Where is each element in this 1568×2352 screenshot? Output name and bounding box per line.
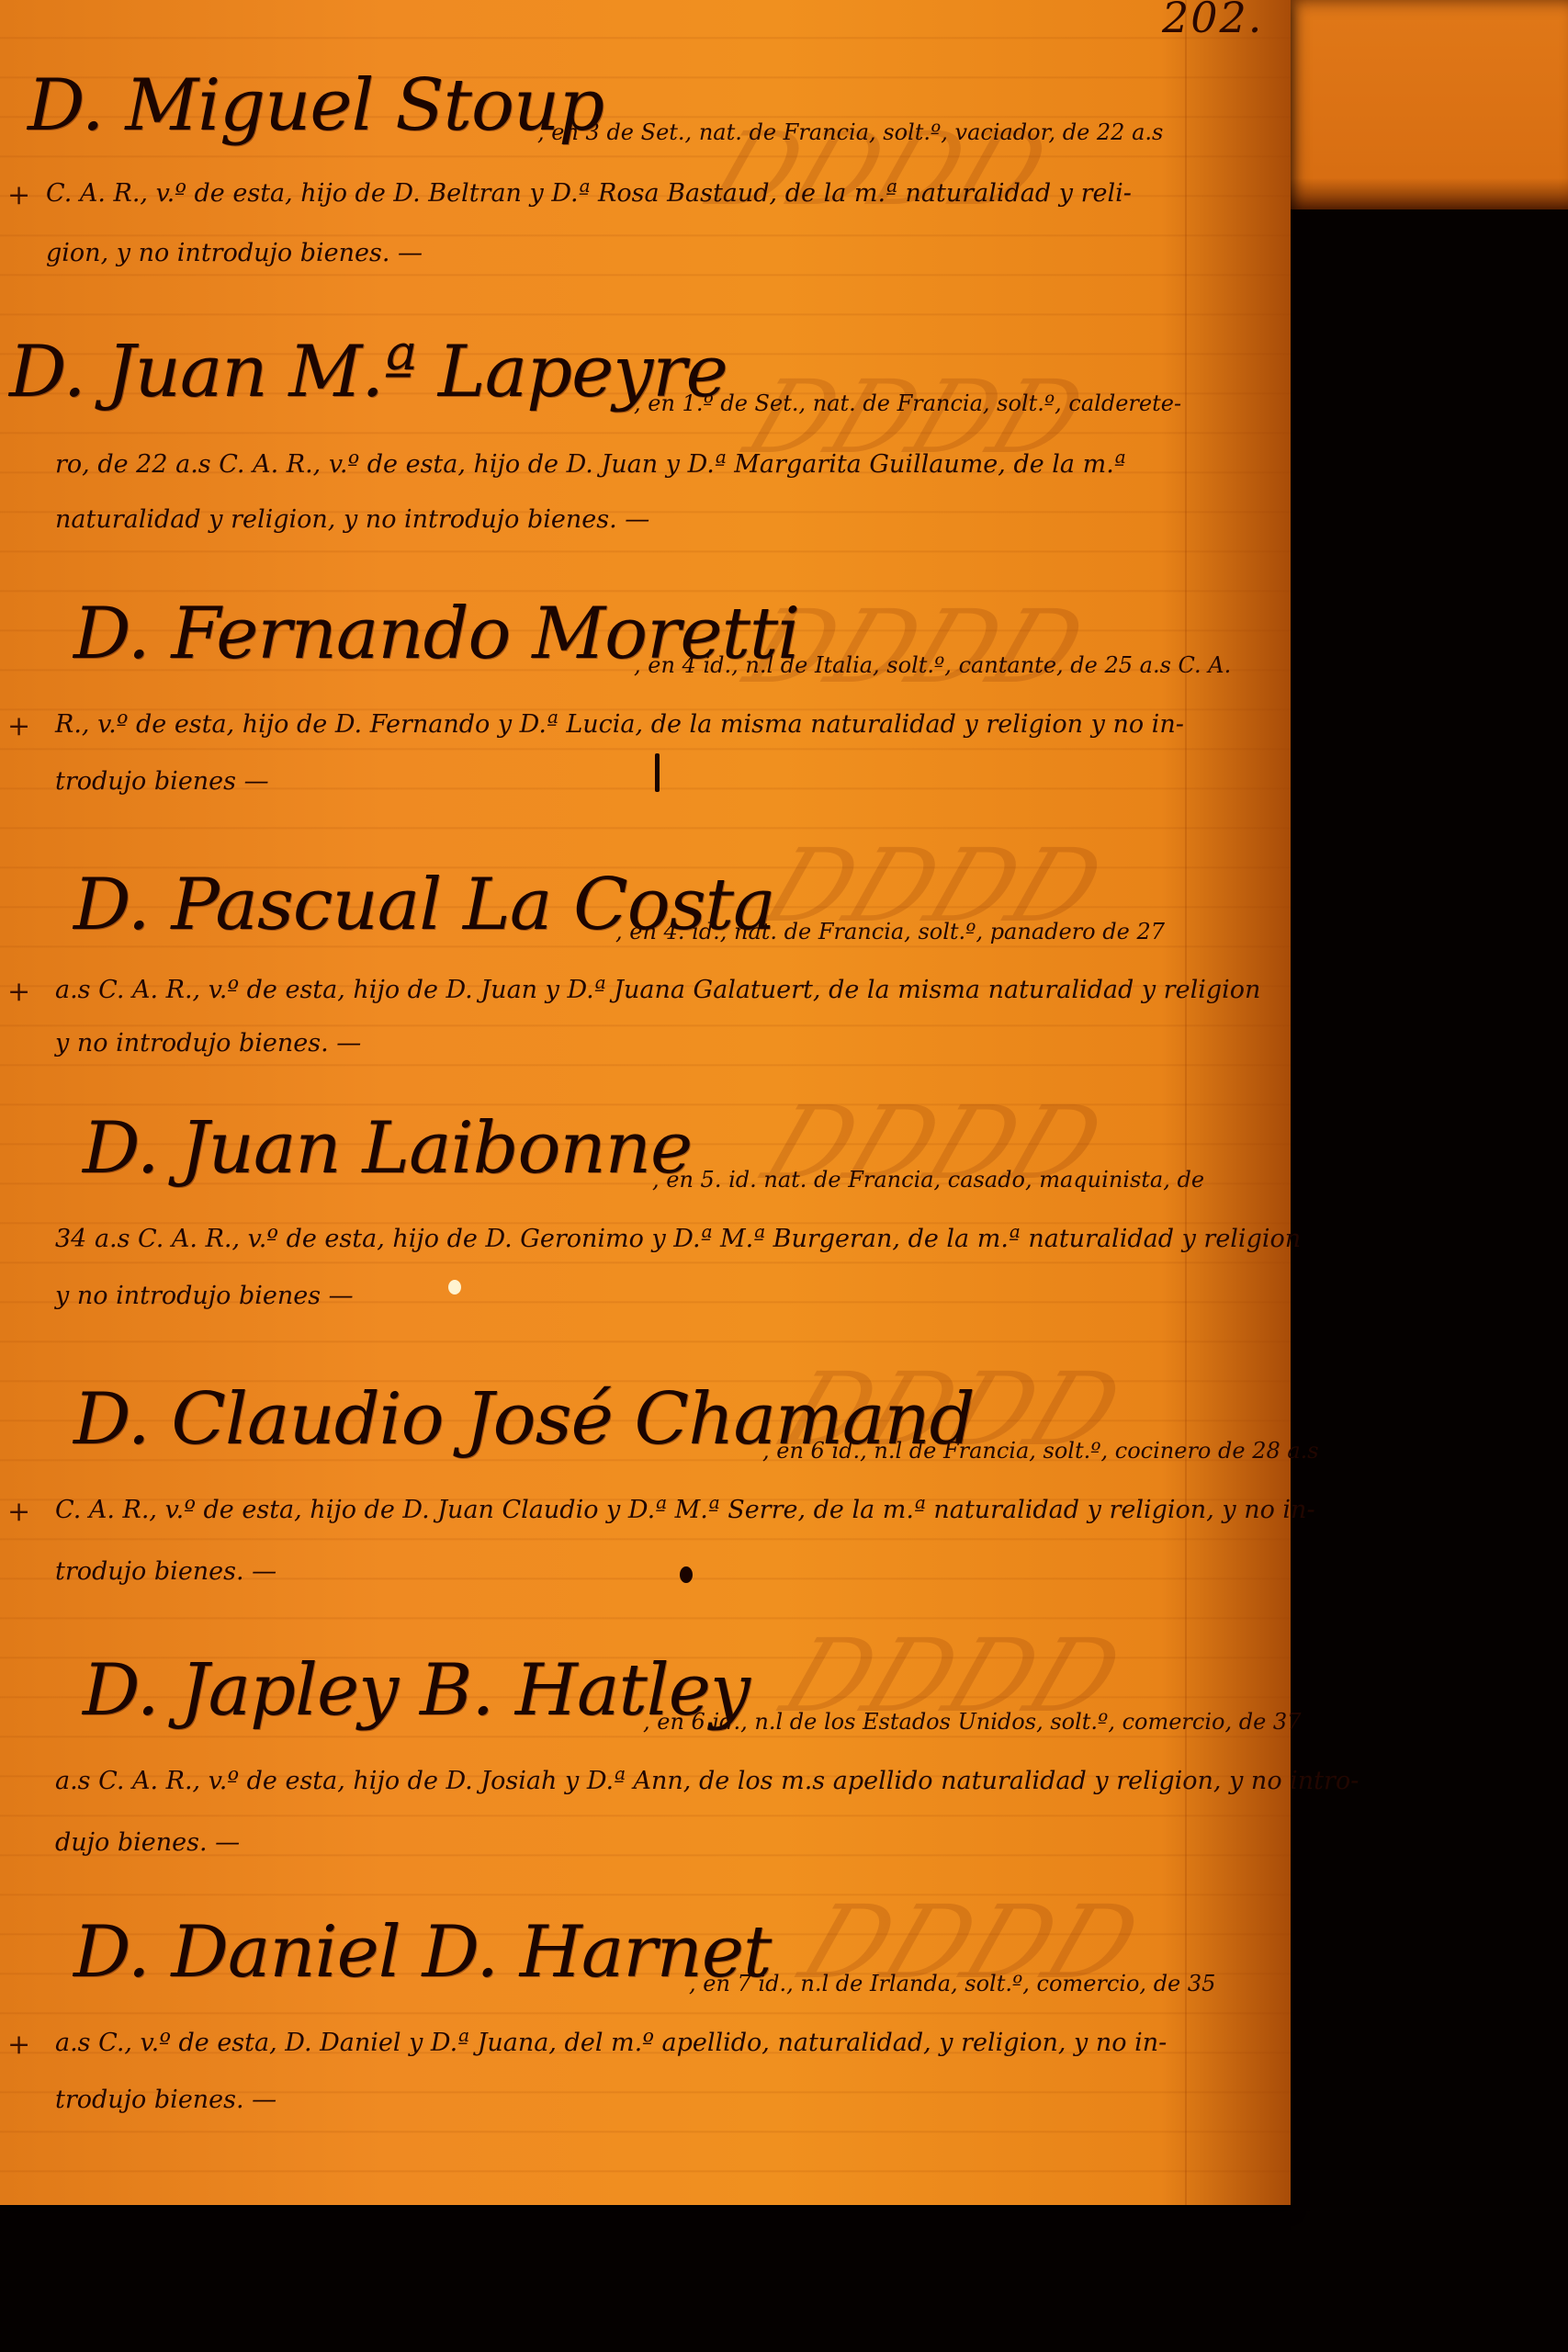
entry-line: , en 5. id. nat. de Francia, casado, maq… — [652, 1167, 1204, 1193]
entry-line: , en 3 de Set., nat. de Francia, solt.º,… — [537, 119, 1163, 145]
entry-line: C. A. R., v.º de esta, hijo de D. Juan C… — [55, 1496, 1315, 1524]
margin-cross-mark: + — [7, 1496, 30, 1528]
entry-line: , en 1.º de Set., nat. de Francia, solt.… — [634, 390, 1181, 416]
margin-cross-mark: + — [7, 2029, 30, 2061]
entry-line: trodujo bienes. — — [55, 2086, 276, 2114]
entry-line: dujo bienes. — — [55, 1828, 240, 1857]
entry-line: a.s C. A. R., v.º de esta, hijo de D. Ju… — [55, 976, 1260, 1004]
entry-name: D. Miguel Stoup — [28, 64, 604, 147]
ink-stroke-mark — [655, 753, 660, 792]
entry-line: trodujo bienes — — [55, 767, 269, 796]
entry-line: , en 4 id., n.l de Italia, solt.º, canta… — [634, 652, 1231, 678]
entry-name: D. Daniel D. Harnet — [73, 1911, 771, 1994]
entry-line: , en 6 id., n.l de los Estados Unidos, s… — [643, 1709, 1301, 1735]
margin-cross-mark: + — [7, 179, 30, 211]
entry-line: gion, y no introdujo bienes. — — [46, 239, 423, 267]
entry-line: trodujo bienes. — — [55, 1557, 276, 1586]
entry-line: ro, de 22 a.s C. A. R., v.º de esta, hij… — [55, 450, 1126, 479]
entry-line: naturalidad y religion, y no introdujo b… — [55, 505, 649, 534]
entry-name: D. Juan Laibonne — [83, 1107, 692, 1190]
register-page: 202. DDDD DDDD DDDD DDDD DDDD DDDD DDDD … — [0, 0, 1291, 2205]
entry-line: , en 6 id., n.l de Francia, solt.º, coci… — [762, 1438, 1319, 1464]
ink-blot — [680, 1566, 693, 1583]
paper-speck — [448, 1280, 461, 1295]
margin-cross-mark: + — [7, 976, 30, 1008]
underlying-sheet — [1281, 0, 1568, 209]
entry-line: a.s C., v.º de esta, D. Daniel y D.ª Jua… — [55, 2029, 1167, 2057]
entry-line: a.s C. A. R., v.º de esta, hijo de D. Jo… — [55, 1767, 1359, 1795]
entry-name: D. Juan M.ª Lapeyre — [9, 331, 728, 413]
margin-cross-mark: + — [7, 710, 30, 742]
entry-line: y no introdujo bienes. — — [55, 1029, 361, 1057]
page-number: 202. — [1162, 0, 1263, 42]
entry-line: 34 a.s C. A. R., v.º de esta, hijo de D.… — [55, 1225, 1301, 1253]
entry-line: C. A. R., v.º de esta, hijo de D. Beltra… — [46, 179, 1132, 208]
entry-line: y no introdujo bienes — — [55, 1282, 354, 1310]
entry-line: , en 7 id., n.l de Irlanda, solt.º, come… — [689, 1971, 1215, 1996]
entry-line: , en 4. id., nat. de Francia, solt.º, pa… — [615, 919, 1165, 944]
entry-line: R., v.º de esta, hijo de D. Fernando y D… — [55, 710, 1184, 739]
